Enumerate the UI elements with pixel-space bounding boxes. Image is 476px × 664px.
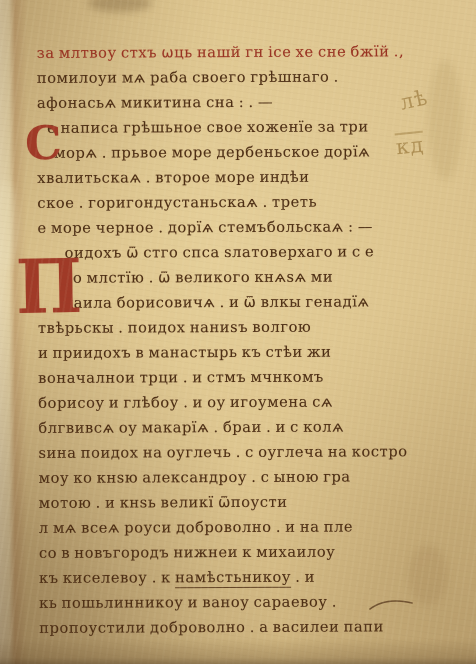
manuscript-line: хаила борисовичѧ . и ѿ влкы генадїѧ	[38, 289, 434, 316]
manuscript-line-with-underline: къ киселевоу . к намѣстьникоу . и	[39, 564, 435, 591]
manuscript-line: моу ко кнѕю александроу . с ыною гра	[39, 464, 435, 491]
rubricated-initial-s: С	[24, 117, 62, 168]
manuscript-text-block: за млтвоу стхъ ѡць нашй гн ісе хе сне бж…	[37, 39, 436, 641]
manuscript-line: пропоустили доброволно . а василеи папи	[39, 614, 435, 641]
manuscript-line: ѕина поидох на оуглечь . с оуглеча на ко…	[38, 439, 434, 466]
manuscript-line: го млстїю . ѿ великого кнѧѕѧ ми	[38, 264, 434, 291]
manuscript-line: ское . горигондустаньскаѧ . треть	[37, 189, 433, 216]
manuscript-line: борисоу и глѣбоу . и оу игоумена сѧ	[38, 389, 434, 416]
manuscript-line: твѣрьскы . поидох наниѕъ волгою	[38, 314, 434, 341]
line-segment: къ киселевоу . к	[39, 569, 175, 587]
manuscript-line: помилоуи мѧ раба своего грѣшнаго .	[37, 64, 433, 91]
manuscript-line: морѧ . прьвое море дербеньское дорїѧ	[37, 139, 433, 166]
parchment-page: за млтвоу стхъ ѡць нашй гн ісе хе сне бж…	[0, 0, 476, 664]
manuscript-line: блгвивсѧ оу макарїѧ . браи . и с колѧ	[38, 414, 434, 441]
underlined-word: намѣстьникоу	[175, 569, 291, 589]
manuscript-line: со в новъгородъ нижнеи к михаилоу	[39, 539, 435, 566]
rubric-invocation-line: за млтвоу стхъ ѡць нашй гн ісе хе сне бж…	[37, 39, 433, 66]
manuscript-photo: за млтвоу стхъ ѡць нашй гн ісе хе сне бж…	[0, 0, 476, 664]
manuscript-line: хвалитьскаѧ . второе море индѣи	[37, 164, 433, 191]
manuscript-line: кь пошьлинникоу и ваноу сараевоу .	[39, 589, 435, 616]
page-bottom-shadow	[0, 638, 476, 664]
manuscript-line: л мѧ всеѧ роуси доброволно . и на пле	[39, 514, 435, 541]
manuscript-line: воначалнои трци . и стмъ мчнкомъ	[38, 364, 434, 391]
rubricated-initial-p: П	[15, 243, 83, 331]
manuscript-line: афонасьѧ микитина сна : . —	[37, 89, 433, 116]
manuscript-line: оидохъ ѿ стго спса ѕлатоверхаго и с е	[38, 239, 434, 266]
stain-top	[88, 0, 152, 12]
manuscript-line: е написа грѣшьное свое хоженїе за три	[37, 114, 433, 141]
manuscript-line: и приидохъ в манастырь къ стѣи жи	[38, 339, 434, 366]
line-segment: . и	[291, 569, 315, 586]
manuscript-line: е море черное . дорїѧ стемъбольскаѧ : —	[37, 214, 433, 241]
manuscript-line: мотою . и кнѕь великї ѿпоусти	[39, 489, 435, 516]
